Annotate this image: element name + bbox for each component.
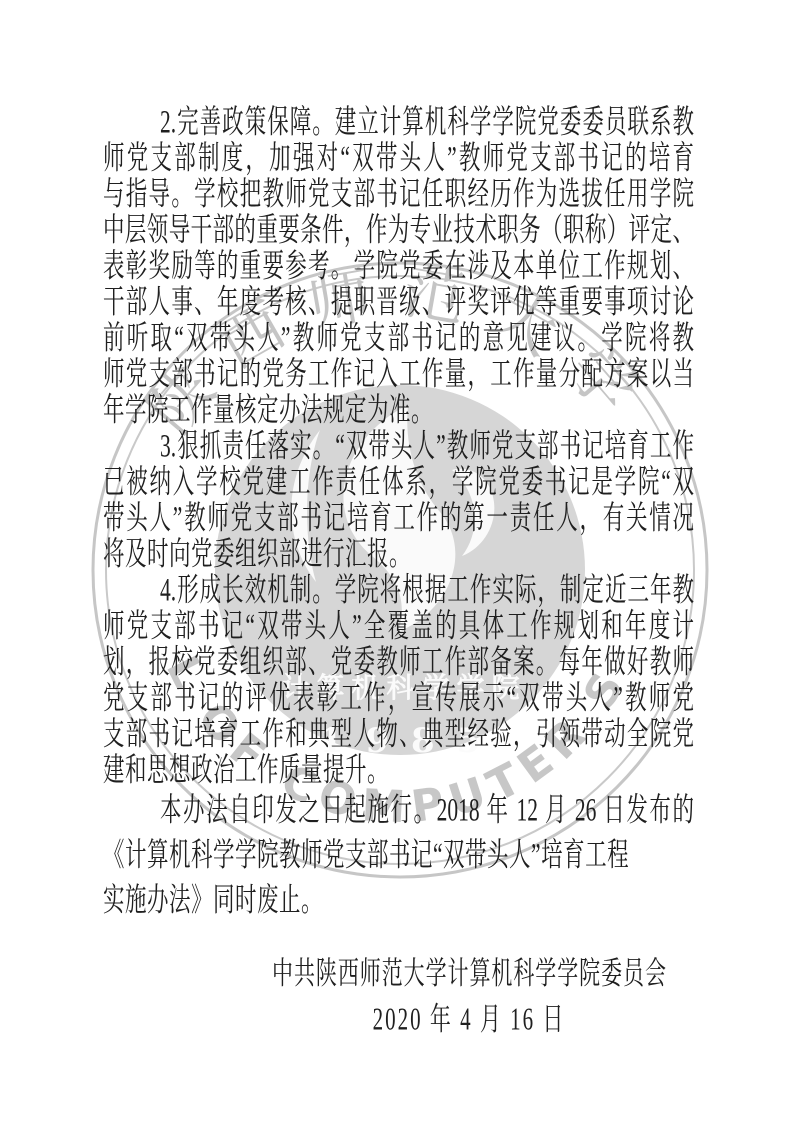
body-text-line: 实施办法》同时废止。 (103, 867, 694, 935)
document-page: 陕西师范大学 SCHOOL OF COMPUTER SCIENCE 计算机科学学… (0, 0, 794, 1123)
signature-block: 中共陕西师范大学计算机科学学院委员会 2020 年 4 月 16 日 (272, 956, 666, 1036)
signature-organization: 中共陕西师范大学计算机科学学院委员会 (272, 948, 666, 999)
signature-date: 2020 年 4 月 16 日 (272, 994, 666, 1045)
document-body: 2.完善政策保障。建立计算机科学学院党委委员联系教师党支部制度，加强对“双带头人… (103, 104, 694, 923)
